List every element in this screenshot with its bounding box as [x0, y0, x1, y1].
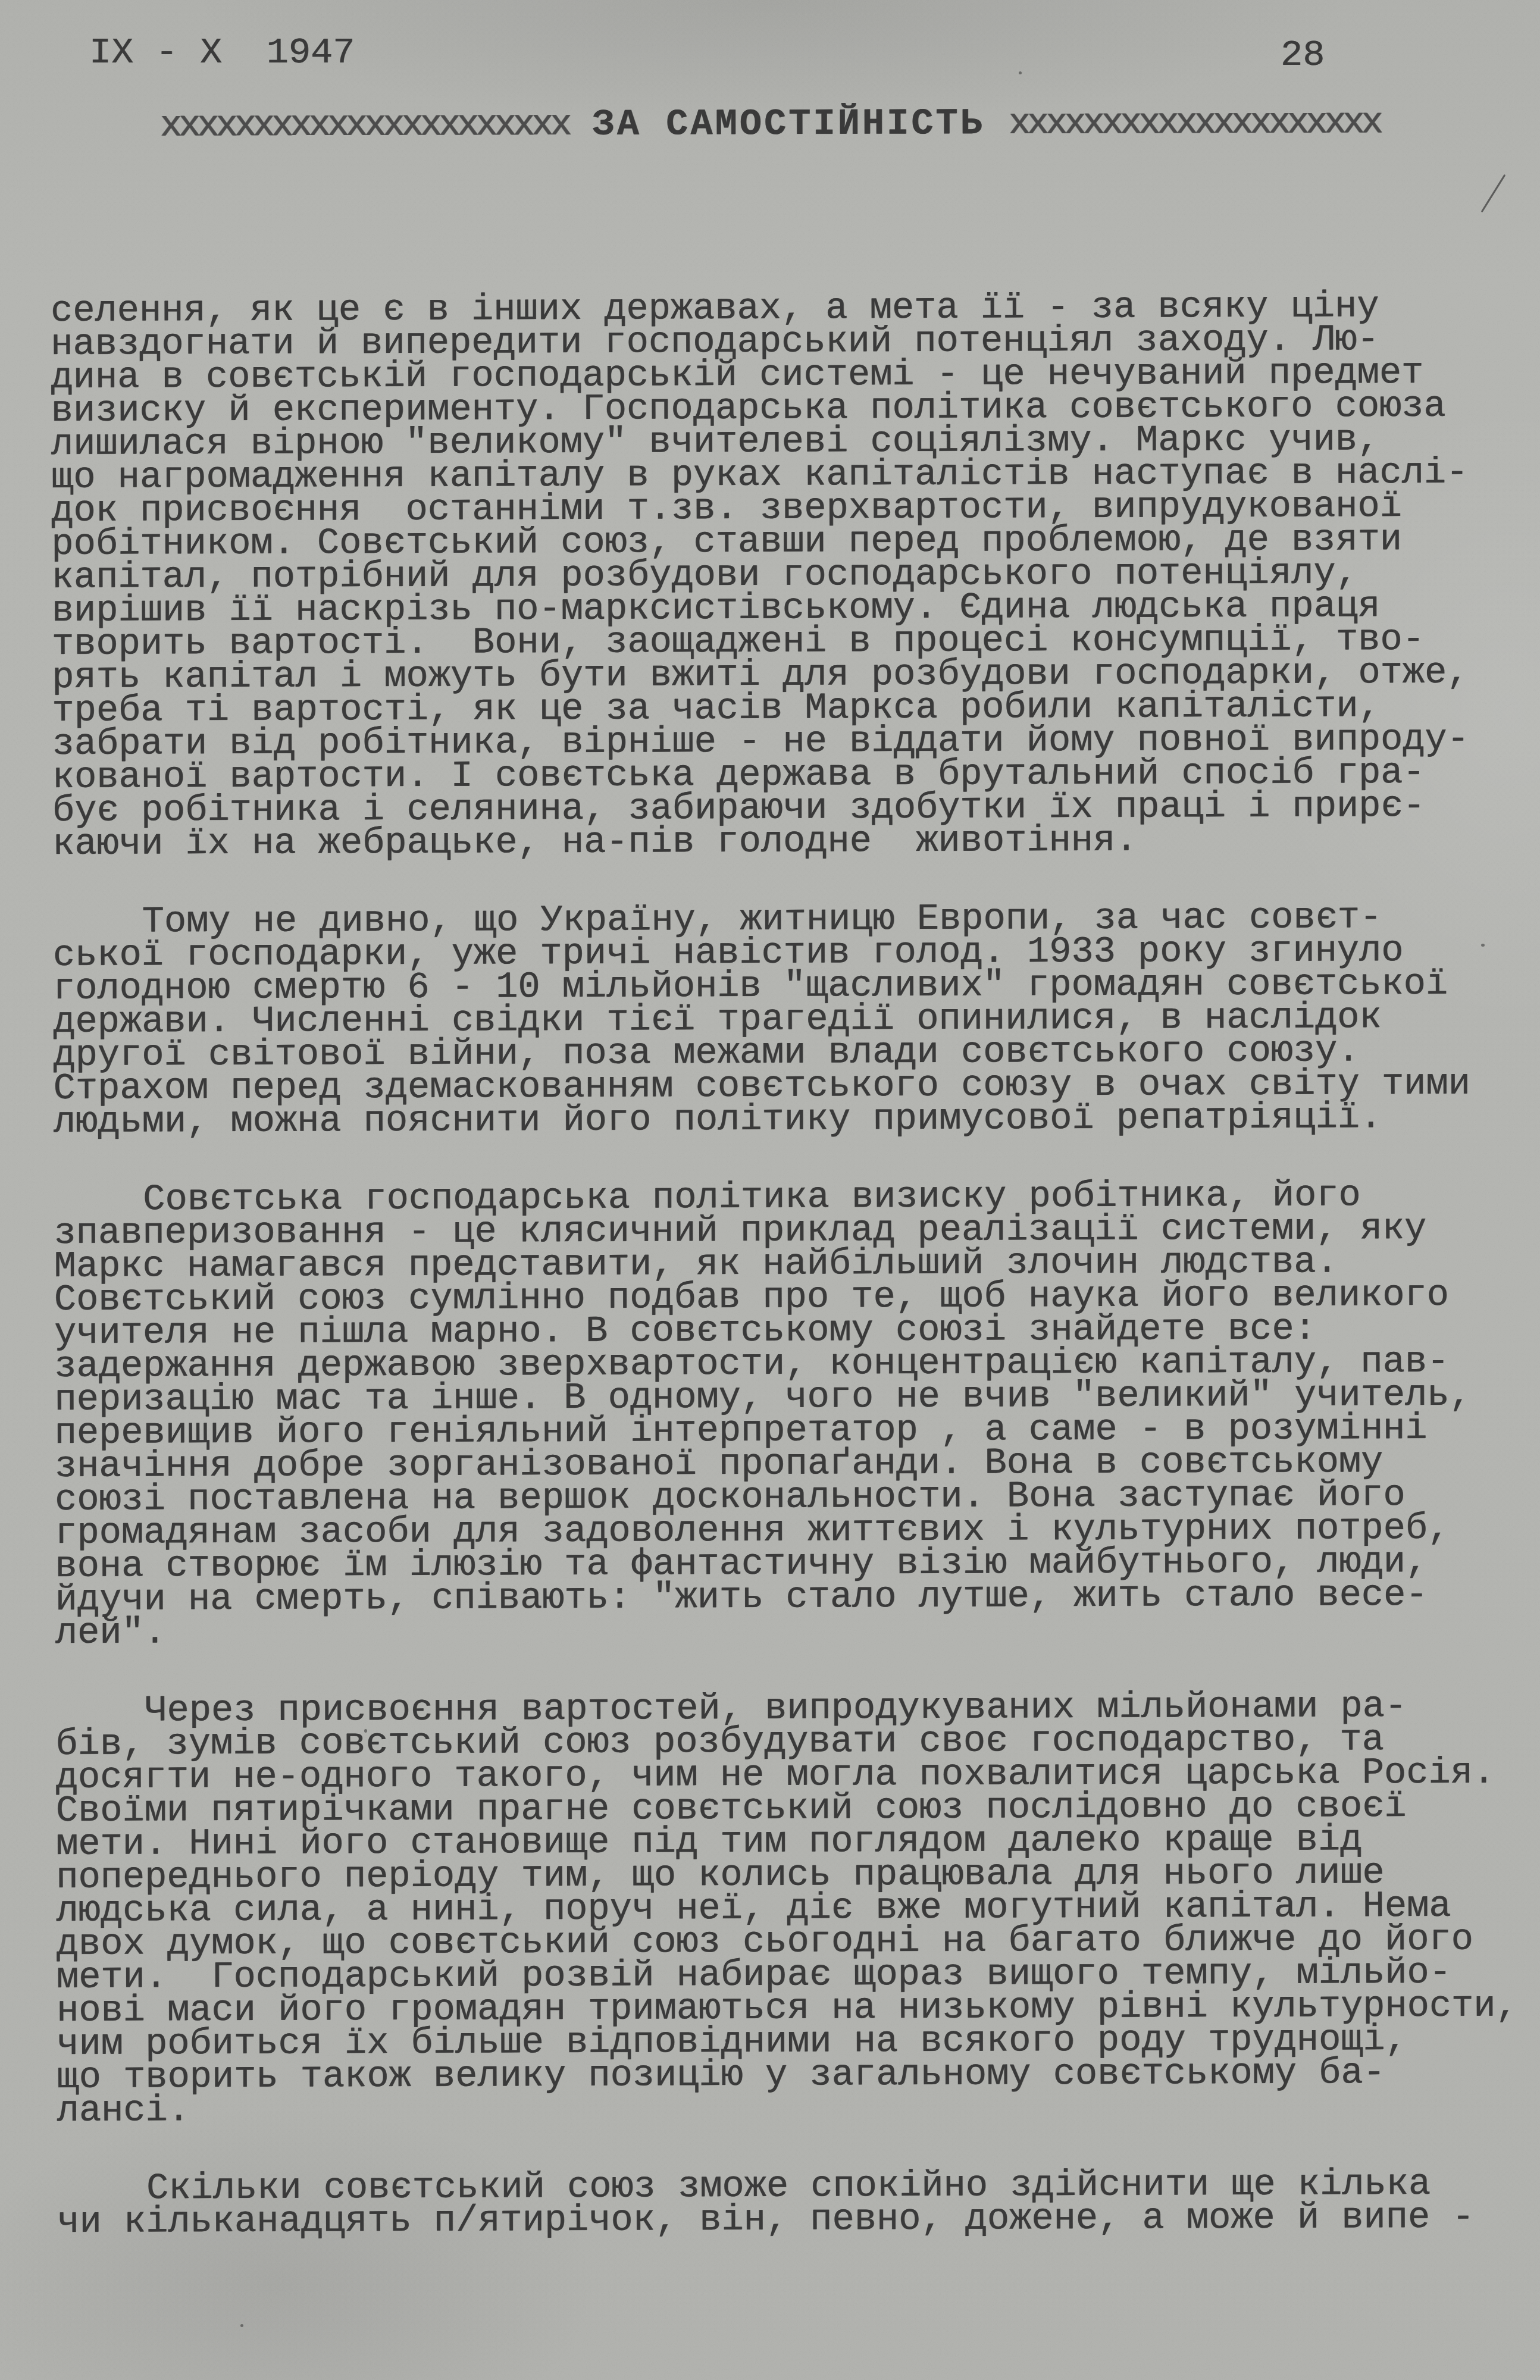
- ink-speck: [1019, 71, 1022, 74]
- paragraph: Через присвоєння вартостей, випродукуван…: [55, 1689, 1523, 2128]
- paragraph: Тому не дивно, що Україну, житницю Европ…: [53, 900, 1519, 1139]
- scanned-document-page: IX - X 1947 28 ххххххххххххххххххххххЗА …: [0, 0, 1540, 2380]
- text-line: йдучи на смерть, співають: "жить стало л…: [55, 1578, 1521, 1617]
- header-fill-right: хххххххххххххххххххх: [1009, 101, 1380, 145]
- page-number: 28: [1281, 37, 1325, 74]
- masthead: ххххххххххххххххххххххЗА САМОСТІЙНІСТЬхх…: [0, 104, 1540, 145]
- text-line: чи кільканадцять п/ятирічок, він, певно,…: [57, 2200, 1523, 2239]
- paragraph: Скільки совєтський союз зможе спокійно з…: [57, 2167, 1523, 2239]
- ink-speck: [725, 2039, 728, 2042]
- text-line: людьми, можна пояснити його політику при…: [54, 1100, 1519, 1139]
- ink-speck: [364, 1729, 367, 1733]
- text-line: каючи їх на жебрацьке, на-пів голодне жи…: [52, 822, 1518, 861]
- publication-title: ЗА САМОСТІЙНІСТЬ: [568, 102, 1008, 146]
- issue-date-label: IX - X 1947: [89, 35, 355, 71]
- document-body: селення, як це є в інших державах, а мет…: [51, 289, 1523, 2239]
- header-fill-left: хххххххххххххххххххххх: [160, 104, 569, 147]
- paragraph: Совєтська господарська політика визиску …: [54, 1178, 1521, 1650]
- text-line: що творить також велику позицію у загаль…: [57, 2056, 1522, 2094]
- ink-speck: [240, 2324, 243, 2327]
- paragraph: селення, як це є в інших державах, а мет…: [51, 289, 1518, 861]
- ink-speck: [1481, 944, 1485, 947]
- pen-stray-mark: [1481, 174, 1506, 212]
